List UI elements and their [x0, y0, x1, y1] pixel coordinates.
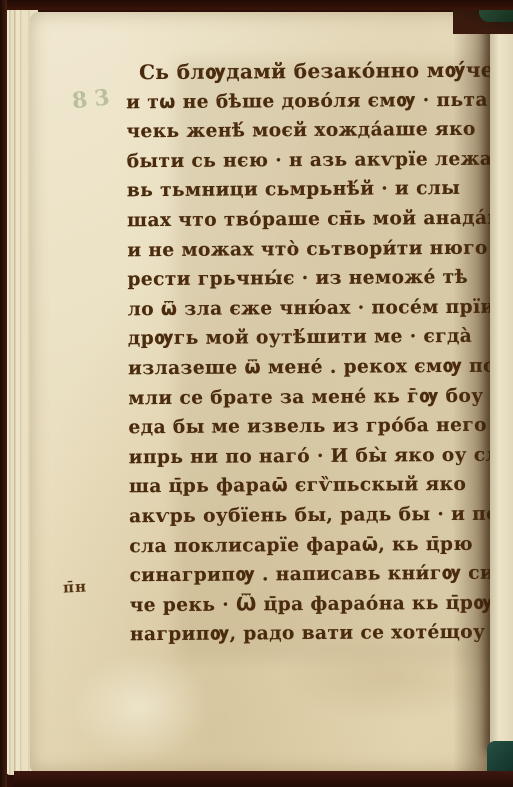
manuscript-line: и тѡ не бѣше дово́ля ємѹ · пьта [126, 85, 482, 117]
manuscript-line: и не можах что̀ сьтвори́ти нюго [127, 233, 483, 265]
manuscript-line: ло ѿ зла єже чню́ах · посе́м прїиде́ [128, 293, 484, 325]
manuscript-line: еда бы ме извель из гро́ба него · [128, 411, 484, 443]
manuscript-line: рести грьчны́є · из неможе́ тѣ [127, 263, 483, 295]
facing-page-edge [490, 26, 513, 752]
manuscript-line: нагрипѹ, радо вати се хоте́щоу . [130, 618, 486, 650]
manuscript-line: синагрипѹ . написавь кни́гѹ си [129, 559, 485, 591]
gutter-shadow [453, 0, 493, 787]
binding-top-strip [0, 0, 513, 10]
manuscript-line: мли се брате за мене́ кь г̄ѹ б̄оу · [128, 381, 484, 413]
manuscript-line: шах что тво́раше сн̄ь мой анада́нь · [127, 204, 483, 236]
manuscript-line: излазеше ѿ мене́ . рекох ємѹ по [128, 352, 484, 384]
margin-quire-note: п̄н [63, 577, 88, 596]
manuscript-line: ипрь ни по наго́ · И бы̀ яко оу слы [129, 440, 485, 472]
binding-bottom-strip [14, 771, 513, 787]
manuscript-line: Сь блѹдамй безако́нно мѹ́чеше . [126, 56, 482, 88]
manuscript-photo: 83 Сь блѹдамй безако́нно мѹ́чеше .и тѡ н… [0, 0, 513, 787]
manuscript-line: сла поклисарїе фараѡ̄, кь ц̄рю [129, 529, 485, 561]
manuscript-line: ша ц̄рь фараѡ̄ єгѷпьскый яко [129, 470, 485, 502]
manuscript-line: быти сь нєю · н азь акѵрїе лежах [127, 145, 483, 177]
manuscript-line: чекь женѣ́ моєй хожда́аше яко [126, 115, 482, 147]
manuscript-line: вь тьмници сьмрьнѣ́й · и слы [127, 174, 483, 206]
binding-spine-strip [0, 0, 7, 787]
text-lines: Сь блѹдамй безако́нно мѹ́чеше .и тѡ не б… [126, 56, 486, 650]
manuscript-line: дрѹгь мой оутѣ́шити ме · єгда̀ [128, 322, 484, 354]
folio-number: 83 [71, 84, 118, 115]
manuscript-line: акѵрь оубїень бы, радь бы · и по [129, 500, 485, 532]
manuscript-line: че рекь · Ѿ ц̄ра фарао́на кь ц̄рѹ си [130, 588, 486, 620]
parchment-highlight [70, 652, 210, 762]
